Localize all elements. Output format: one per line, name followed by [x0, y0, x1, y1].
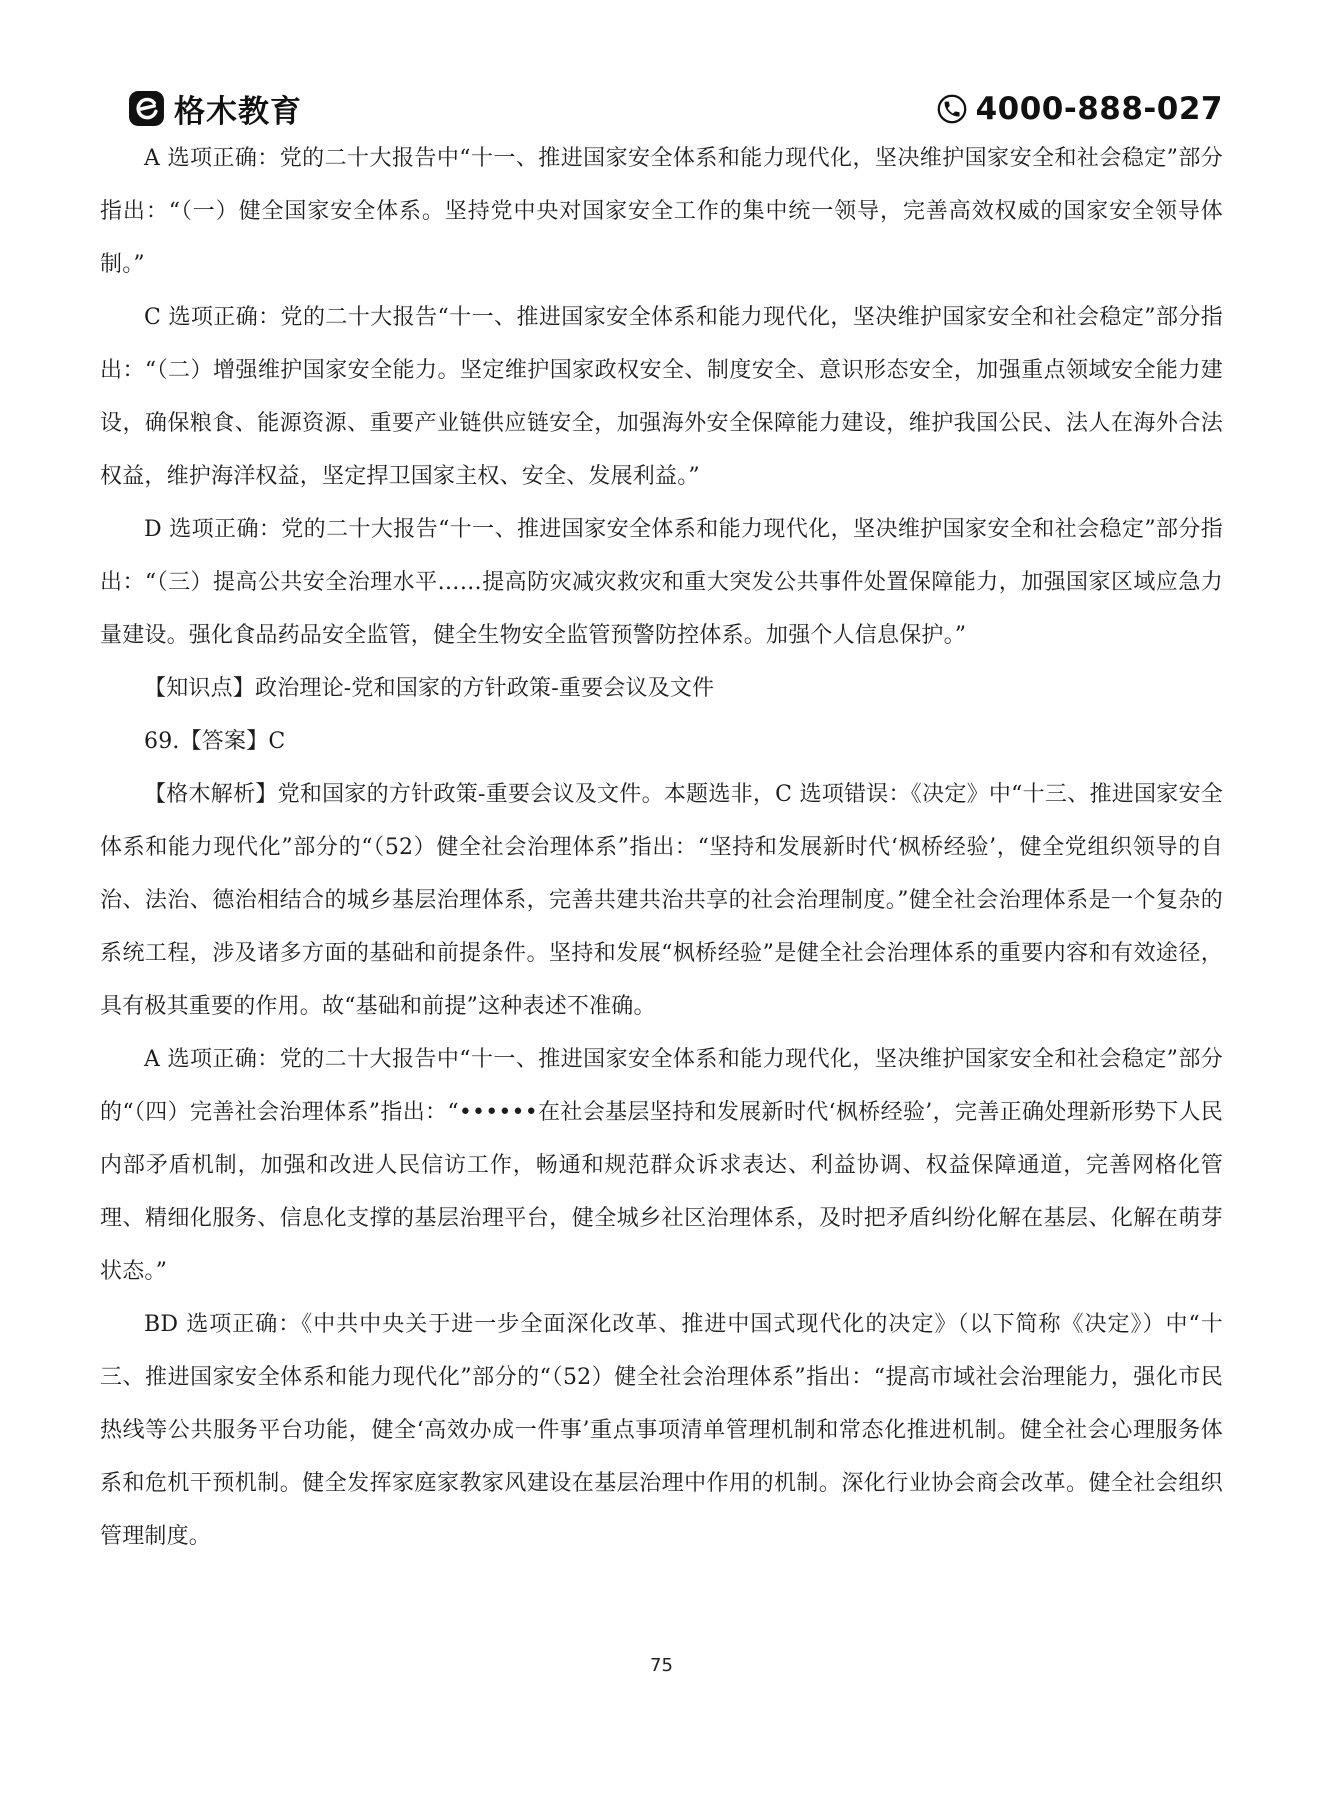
- gemu-analysis-paragraph: 【格木解析】党和国家的方针政策-重要会议及文件。本题选非，C 选项错误：《决定》…: [100, 768, 1223, 1033]
- contact-phone: 4000-888-027: [935, 91, 1223, 127]
- paragraph-option-d-correct: D 选项正确：党的二十大报告“十一、推进国家安全体系和能力现代化，坚决维护国家安…: [100, 503, 1223, 662]
- answer-explanation-body: A 选项正确：党的二十大报告中“十一、推进国家安全体系和能力现代化，坚决维护国家…: [100, 132, 1223, 1563]
- page-number: 75: [0, 1655, 1323, 1676]
- paragraph-option-a2-correct: A 选项正确：党的二十大报告中“十一、推进国家安全体系和能力现代化，坚决维护国家…: [100, 1033, 1223, 1298]
- gemu-logo: 格木教育: [128, 86, 302, 131]
- paragraph-option-bd-correct: BD 选项正确：《中共中央关于进一步全面深化改革、推进中国式现代化的决定》（以下…: [100, 1298, 1223, 1563]
- paragraph-option-a-correct: A 选项正确：党的二十大报告中“十一、推进国家安全体系和能力现代化，坚决维护国家…: [100, 132, 1223, 291]
- phone-icon: [935, 92, 969, 126]
- question-69-answer-line: 69.【答案】C: [100, 715, 1223, 768]
- logo-text: 格木教育: [174, 86, 302, 131]
- page-header: 格木教育 4000-888-027: [128, 86, 1223, 131]
- knowledge-point-line: 【知识点】政治理论-党和国家的方针政策-重要会议及文件: [100, 662, 1223, 715]
- document-page: 格木教育 4000-888-027 A 选项正确：党的二十大报告中“十一、推进国…: [0, 0, 1323, 1795]
- paragraph-option-c-correct: C 选项正确：党的二十大报告“十一、推进国家安全体系和能力现代化，坚决维护国家安…: [100, 291, 1223, 503]
- phone-number: 4000-888-027: [976, 91, 1223, 127]
- gemu-logo-icon: [128, 90, 165, 127]
